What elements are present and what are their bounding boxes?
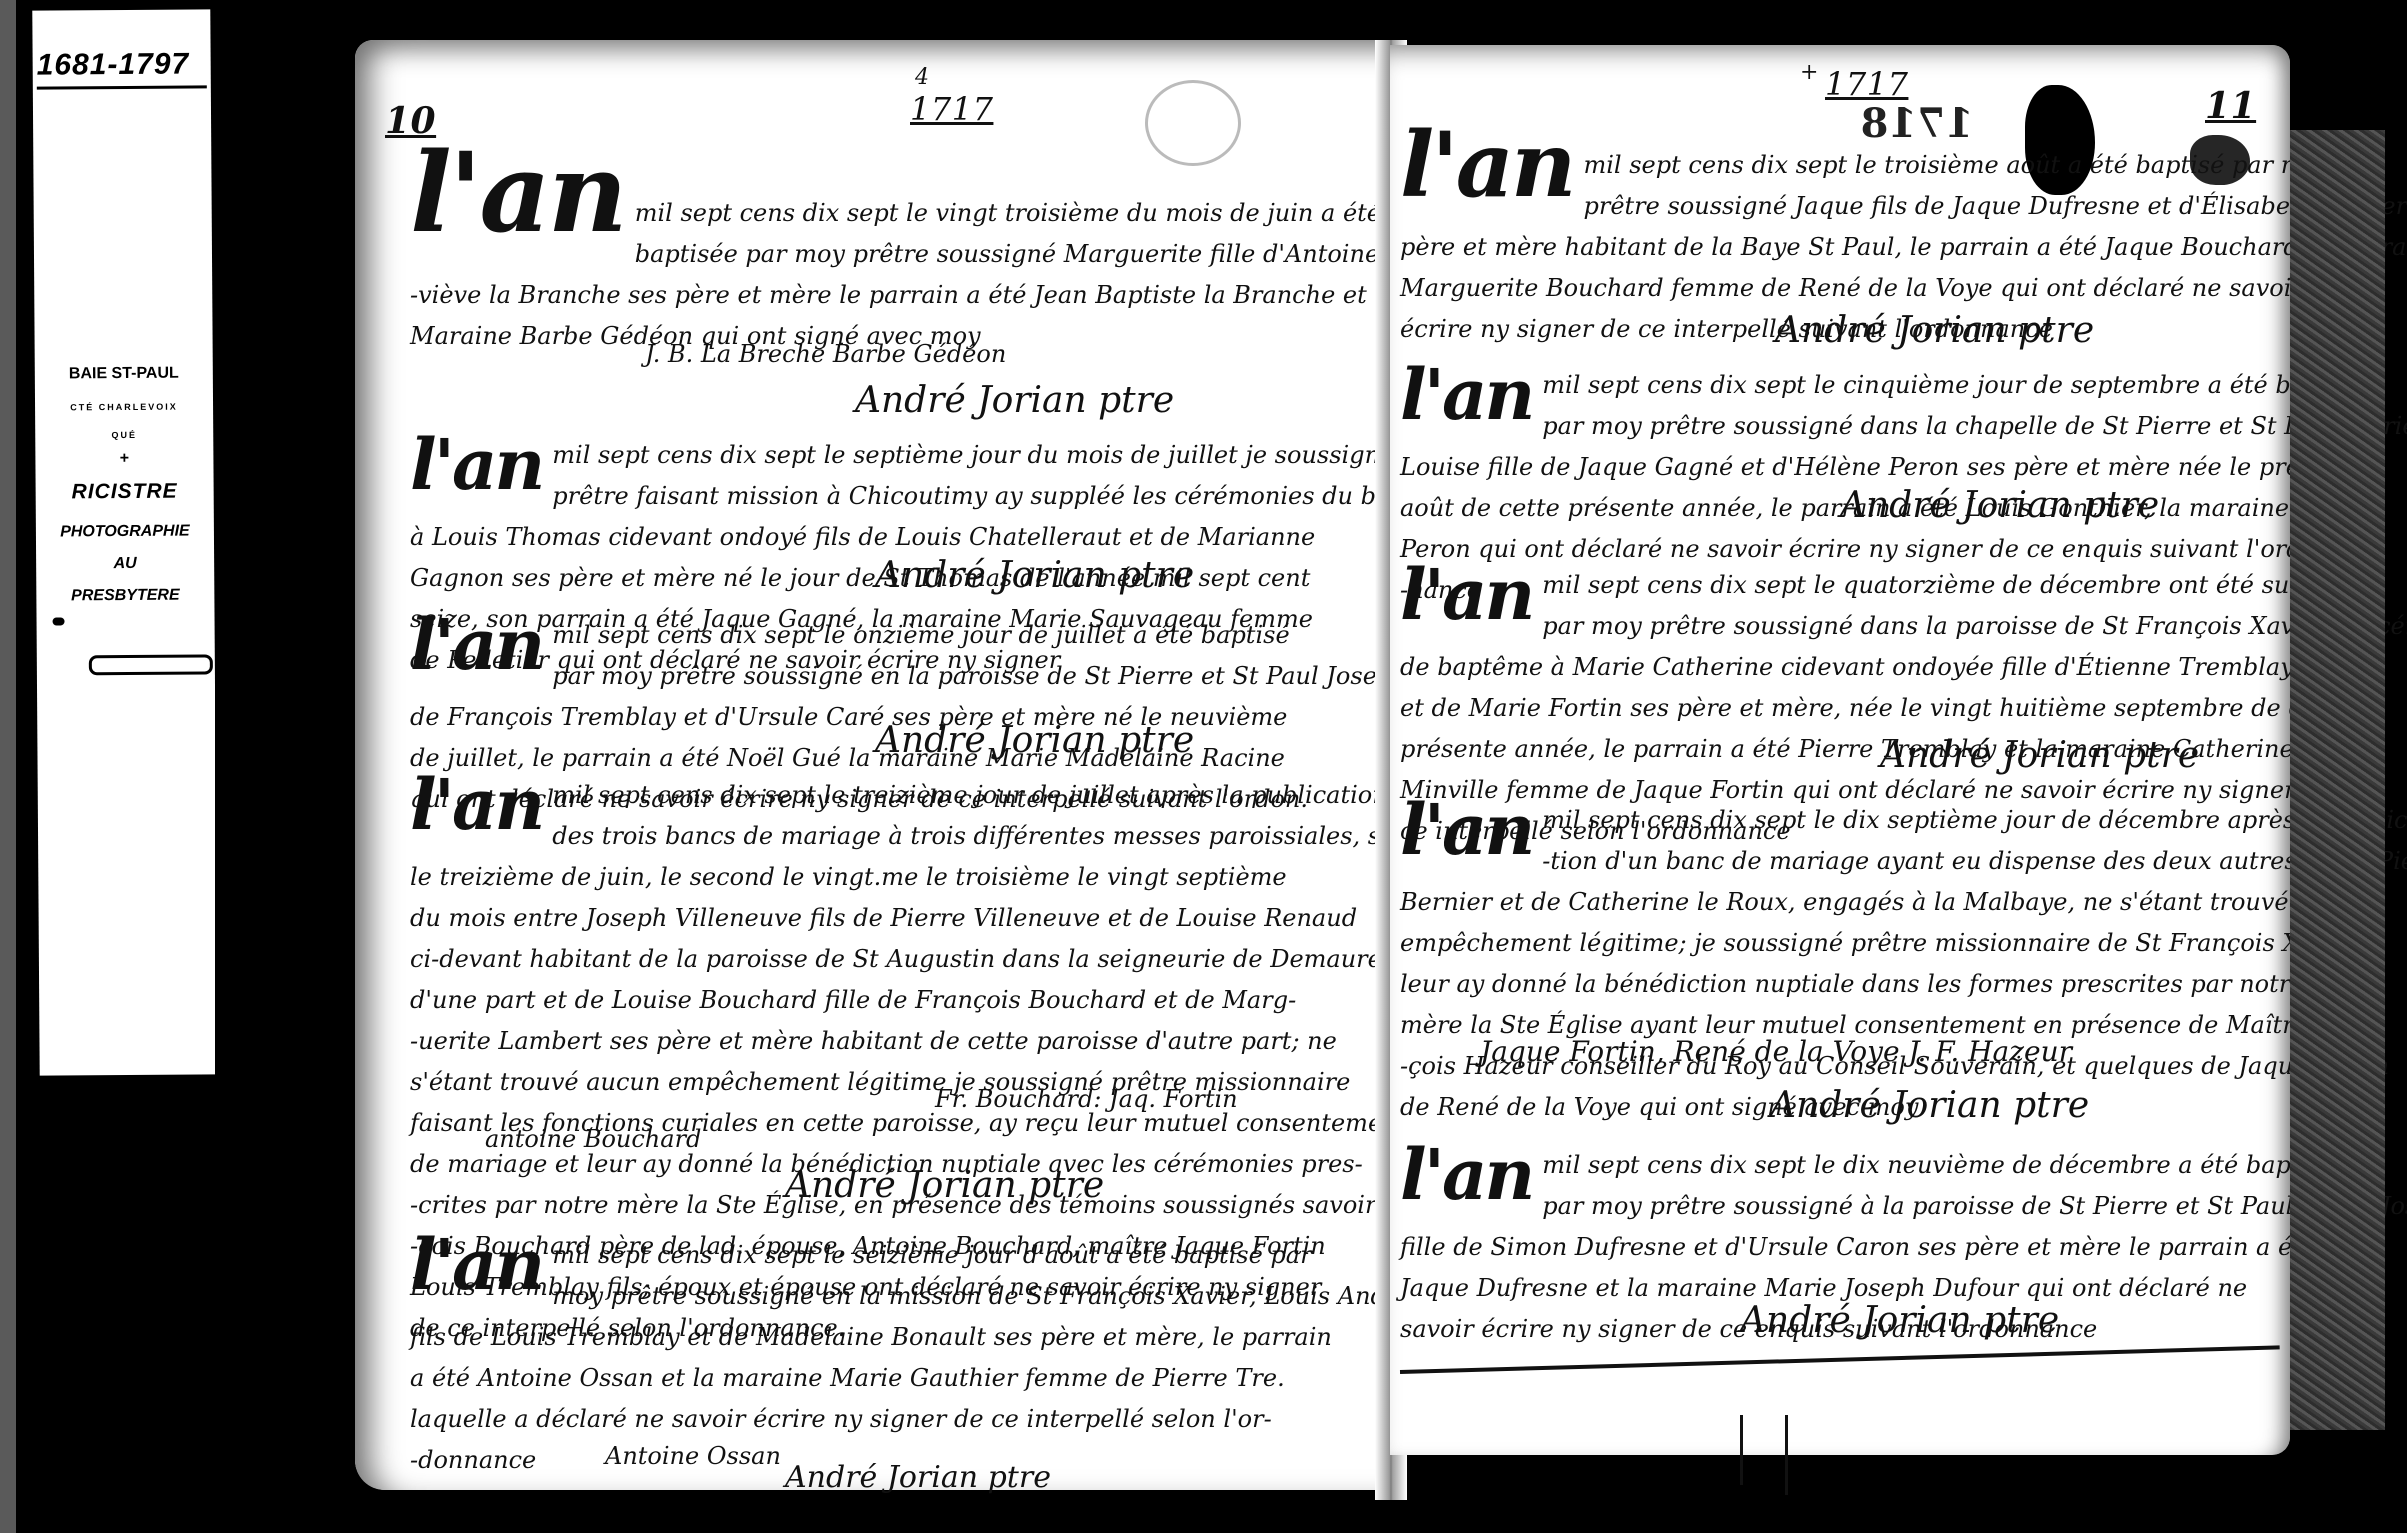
microfilm-binding-edge xyxy=(0,0,16,1533)
priest-signature: André Jorian ptre xyxy=(1775,310,2094,351)
witness-signatures: Antoine Ossan xyxy=(605,1442,781,1470)
strip-title-presbytere: PRESBYTERE xyxy=(36,586,214,605)
priest-signature: André Jorian ptre xyxy=(875,720,1194,761)
province-abbr: QUÉ xyxy=(35,429,213,440)
entry-initial: l'an xyxy=(1400,125,1574,205)
entry-initial: l'an xyxy=(410,615,542,675)
left-page: 10 4 1717 l'an mil sept cens dix sept le… xyxy=(355,40,1390,1490)
strip-title-registre: RICISTRE xyxy=(36,479,214,504)
register-entry: l'an mil sept cens dix sept le dix septi… xyxy=(1400,800,2270,1128)
pen-stroke xyxy=(1785,1415,1788,1495)
priest-signature: André Jorian ptre xyxy=(785,1165,1104,1206)
entry-initial: l'an xyxy=(410,1235,542,1295)
folio-mark: + xyxy=(1800,60,1819,85)
folio-mark: 4 xyxy=(915,65,930,90)
priest-signature: André Jorian ptre xyxy=(1770,1085,2089,1126)
right-page: + 1717 1718 11 l'an mil sept cens dix se… xyxy=(1390,45,2290,1455)
cross-mark: + xyxy=(35,449,213,468)
register-label-strip: 1681-1797 BAIE ST-PAUL CTÉ CHARLEVOIX QU… xyxy=(32,9,217,1075)
priest-signature: André Jorian ptre xyxy=(1840,485,2159,526)
book-edge-shadow xyxy=(215,0,365,1533)
entry-initial: l'an xyxy=(1400,800,1532,860)
witness-signatures: Jaque Fortin, René de la Voye J. F. Haze… xyxy=(1480,1035,2072,1068)
ink-dot xyxy=(53,617,65,625)
county-name: CTÉ CHARLEVOIX xyxy=(35,401,213,412)
priest-signature: André Jorian ptre xyxy=(855,380,1174,421)
witness-signatures: Fr. Bouchard: Jaq. Fortin xyxy=(935,1085,1238,1113)
entry-initial: l'an xyxy=(1400,1145,1532,1205)
entry-initial: l'an xyxy=(1400,365,1532,425)
parish-name: BAIE ST-PAUL xyxy=(35,364,213,383)
register-entry: l'an mil sept cens dix sept le seizième … xyxy=(410,1235,1370,1481)
register-years: 1681-1797 xyxy=(37,47,207,89)
priest-signature: André Jorian ptre xyxy=(1740,1300,2059,1341)
entry-initial: l'an xyxy=(410,435,542,495)
witness-signatures: J. B. La Breche Barbe Gédéon xyxy=(645,340,1006,368)
priest-signature: André Jorian ptre xyxy=(1880,735,2199,776)
page-year: 1717 xyxy=(910,90,993,128)
register-entry: l'an mil sept cens dix sept le vingt tro… xyxy=(410,145,1370,357)
priest-signature: André Jorian ptre xyxy=(875,555,1194,596)
witness-signatures: antoine Bouchard xyxy=(485,1125,701,1153)
page-year: 1717 xyxy=(1825,65,1908,103)
page-number: 11 xyxy=(2205,85,2256,127)
priest-signature: André Jorian ptre xyxy=(785,1460,1051,1495)
pen-stroke xyxy=(1740,1415,1743,1485)
paper-clip-icon xyxy=(89,654,213,675)
strip-title-au: AU xyxy=(36,554,214,573)
entry-initial: l'an xyxy=(1400,565,1532,625)
entry-initial: l'an xyxy=(410,145,625,240)
book-cover-edge xyxy=(2290,130,2385,1430)
strip-title-photographie: PHOTOGRAPHIE xyxy=(36,522,214,541)
entry-initial: l'an xyxy=(410,775,542,835)
